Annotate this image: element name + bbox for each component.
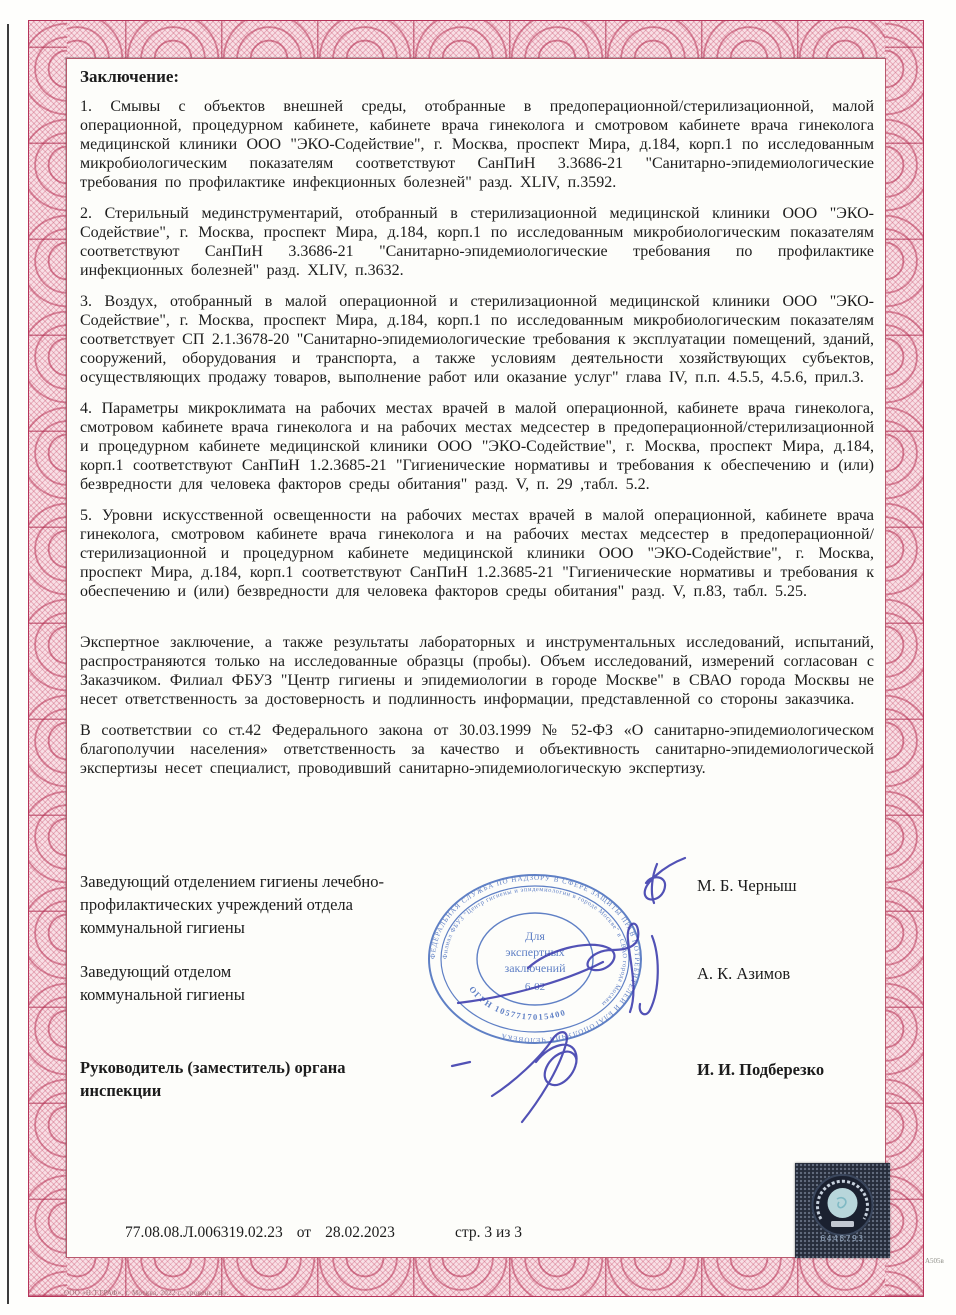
conclusion-paragraph-1: 1. Смывы с объектов внешней среды, отобр… bbox=[80, 97, 874, 192]
stamp-center-number: 6-02 bbox=[525, 981, 545, 993]
signatory-title-3: Руководитель (заместитель) органа инспек… bbox=[80, 1056, 420, 1102]
document-number-line: 77.08.08.Л.006319.02.23 от 28.02.2023 bbox=[125, 1224, 395, 1242]
guilloche-border-top bbox=[29, 21, 923, 59]
conclusion-paragraph-3: 3. Воздух, отобранный в малой операционн… bbox=[80, 292, 874, 387]
expert-scope-paragraph: Экспертное заключение, а также результат… bbox=[80, 633, 874, 709]
signatory-name-3: И. И. Подберезко bbox=[697, 1060, 824, 1080]
stamp-center-line-1: Для bbox=[525, 929, 545, 943]
conclusion-paragraph-4: 4. Параметры микроклимата на рабочих мес… bbox=[80, 399, 874, 494]
stamp-center-line-3: заключений bbox=[504, 961, 566, 975]
hologram-emblem: 6448793 bbox=[795, 1163, 890, 1258]
hologram-sticker: 6448793 bbox=[795, 1163, 890, 1258]
guilloche-border-right bbox=[885, 21, 923, 1296]
signatory-title-2: Заведующий отделом коммунальной гигиены bbox=[80, 960, 315, 1006]
conclusion-heading: Заключение: bbox=[80, 67, 874, 87]
document-date: 28.02.2023 bbox=[325, 1224, 395, 1242]
signatory-title-1: Заведующий отделением гигиены лечебно-пр… bbox=[80, 870, 410, 939]
law-reference-paragraph: В соответствии со ст.42 Федерального зак… bbox=[80, 721, 874, 778]
signatory-name-2: А. К. Азимов bbox=[697, 964, 790, 984]
printer-imprint: ООО «Н.Т.ГРАФ», г. Москва, 2022 г., уров… bbox=[64, 1289, 229, 1297]
signatory-name-1: М. Б. Черныш bbox=[697, 876, 797, 896]
scanned-document-page: Заключение: 1. Смывы с объектов внешней … bbox=[0, 0, 956, 1315]
corner-mark: А505в bbox=[925, 1257, 944, 1265]
guilloche-border-left bbox=[29, 21, 67, 1296]
conclusion-paragraph-5: 5. Уровни искусственной освещенности на … bbox=[80, 506, 874, 601]
document-number-of: от bbox=[297, 1224, 311, 1242]
round-stamp: ФЕДЕРАЛЬНАЯ СЛУЖБА ПО НАДЗОРУ В СФЕРЕ ЗА… bbox=[420, 864, 650, 1054]
document-number: 77.08.08.Л.006319.02.23 bbox=[125, 1224, 283, 1242]
scan-edge-line bbox=[7, 24, 9, 1304]
document-body: Заключение: 1. Смывы с объектов внешней … bbox=[80, 63, 874, 790]
conclusion-paragraph-2: 2. Стерильный мединструментарий, отобран… bbox=[80, 204, 874, 280]
page-number-label: стр. 3 из 3 bbox=[455, 1224, 522, 1242]
hologram-serial: 6448793 bbox=[820, 1234, 864, 1243]
stamp-center-line-2: экспертных bbox=[505, 945, 564, 959]
